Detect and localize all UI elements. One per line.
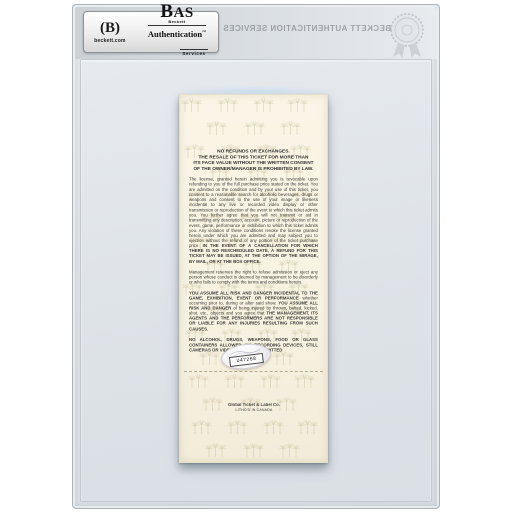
- bas-services-text: Services: [180, 49, 207, 56]
- palm-tree-icon: [188, 374, 210, 394]
- beckett-logo: (B) beckett.com: [84, 21, 136, 44]
- trademark-symbol: ™: [202, 29, 206, 34]
- palm-tree-icon: [280, 121, 302, 141]
- palm-tree-icon: [244, 121, 266, 141]
- beckett-site-text: beckett.com: [84, 38, 136, 44]
- beckett-seal-icon: [383, 10, 431, 65]
- palm-tree-icon: [260, 374, 282, 394]
- palm-tree-icon: [287, 98, 309, 118]
- terms-paragraph-risk: YOU ASSUME ALL RISK AND DANGER INCIDENTA…: [189, 291, 318, 332]
- grading-slab: (B) beckett.com BAS Beckett Authenticati…: [72, 4, 440, 509]
- slab-header-band: (B) beckett.com BAS Beckett Authenticati…: [75, 7, 437, 59]
- terms-paragraph-management: Management reserves the right to refuse …: [189, 270, 318, 285]
- photo-canvas: (B) beckett.com BAS Beckett Authenticati…: [0, 0, 512, 512]
- palm-tree-icon: [206, 121, 228, 141]
- palm-tree-icon: [224, 374, 246, 394]
- bas-acronym: BAS: [136, 5, 218, 20]
- palm-tree-icon: [279, 443, 301, 463]
- palm-tree-icon: [263, 420, 285, 440]
- palm-tree-icon: [191, 420, 213, 440]
- terms-paragraph-license: The license, granted herein admitting yo…: [189, 178, 318, 265]
- refund-notice: NO REFUNDS OR EXCHANGES. THE RESALE OF T…: [189, 149, 318, 172]
- bas-certification-label: (B) beckett.com BAS Beckett Authenticati…: [83, 11, 219, 53]
- mirrored-back-print-text: BECKETT AUTHENTICATION SERVICES: [221, 24, 393, 33]
- bas-authentication-text: Authentication™: [148, 25, 206, 39]
- palm-tree-icon: [227, 420, 249, 440]
- notice-line: OF THE OWNER/MANAGER IS PROHIBITED BY LA…: [189, 166, 318, 172]
- palm-tree-icon: [181, 98, 203, 118]
- printer-origin: LITHO'D IN CANADA: [182, 408, 326, 412]
- palm-tree-icon: [243, 443, 265, 463]
- ticket-terms-text: NO REFUNDS OR EXCHANGES. THE RESALE OF T…: [189, 149, 318, 359]
- beckett-b-icon: (B): [84, 21, 136, 36]
- bas-logo: BAS Beckett Authentication™ Services: [136, 5, 218, 60]
- printer-credit: Global Ticket & Label Co. LITHO'D IN CAN…: [182, 403, 326, 412]
- palm-tree-icon: [217, 98, 239, 118]
- palm-tree-icon: [297, 420, 319, 440]
- palm-tree-icon: [205, 443, 227, 463]
- perforation-line: [184, 371, 323, 372]
- palm-tree-icon: [294, 374, 316, 394]
- palm-tree-icon: [253, 98, 275, 118]
- ticket-back: NO REFUNDS OR EXCHANGES. THE RESALE OF T…: [179, 94, 328, 463]
